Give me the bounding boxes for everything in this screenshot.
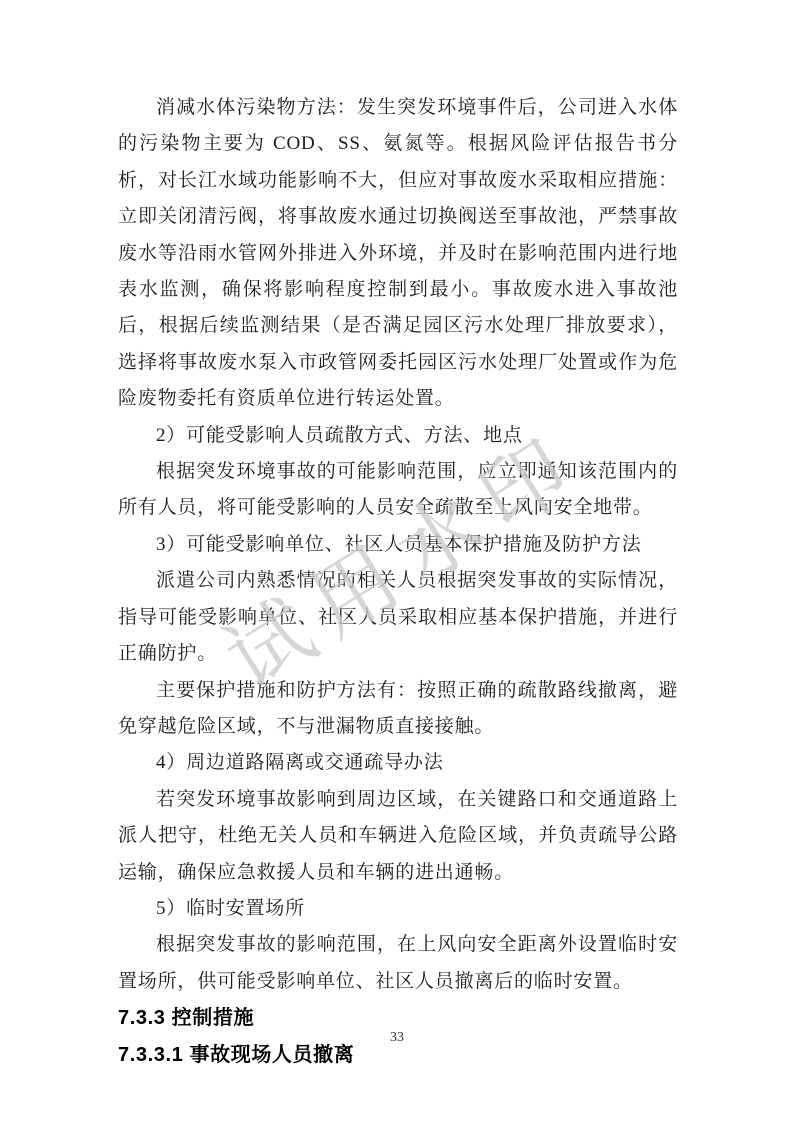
paragraph-temporary-shelter-detail: 根据突发事故的影响范围，在上风向安全距离外设置临时安置场所，供可能受影响单位、社…	[118, 927, 678, 1000]
paragraph-protection-guidance: 派遣公司内熟悉情况的相关人员根据突发事故的实际情况，指导可能受影响单位、社区人员…	[118, 563, 678, 672]
numbered-item-4-road-isolation: 4）周边道路隔离或交通疏导办法	[118, 745, 678, 781]
paragraph-evacuation-detail: 根据突发环境事故的可能影响范围，应立即通知该范围内的所有人员，将可能受影响的人员…	[118, 454, 678, 527]
document-content: 消减水体污染物方法：发生突发环境事件后，公司进入水体的污染物主要为 COD、SS…	[118, 90, 678, 1073]
document-page: 试用水印 消减水体污染物方法：发生突发环境事件后，公司进入水体的污染物主要为 C…	[0, 0, 794, 1123]
paragraph-road-isolation-detail: 若突发环境事故影响到周边区域，在关键路口和交通道路上派人把守，杜绝无关人员和车辆…	[118, 782, 678, 891]
numbered-item-2-evacuation: 2）可能受影响人员疏散方式、方法、地点	[118, 418, 678, 454]
page-number: 33	[0, 1030, 794, 1046]
numbered-item-3-protection: 3）可能受影响单位、社区人员基本保护措施及防护方法	[118, 527, 678, 563]
paragraph-water-pollutant-reduction: 消减水体污染物方法：发生突发环境事件后，公司进入水体的污染物主要为 COD、SS…	[118, 90, 678, 418]
numbered-item-5-temporary-shelter: 5）临时安置场所	[118, 891, 678, 927]
paragraph-protection-methods: 主要保护措施和防护方法有：按照正确的疏散路线撤离，避免穿越危险区域，不与泄漏物质…	[118, 673, 678, 746]
